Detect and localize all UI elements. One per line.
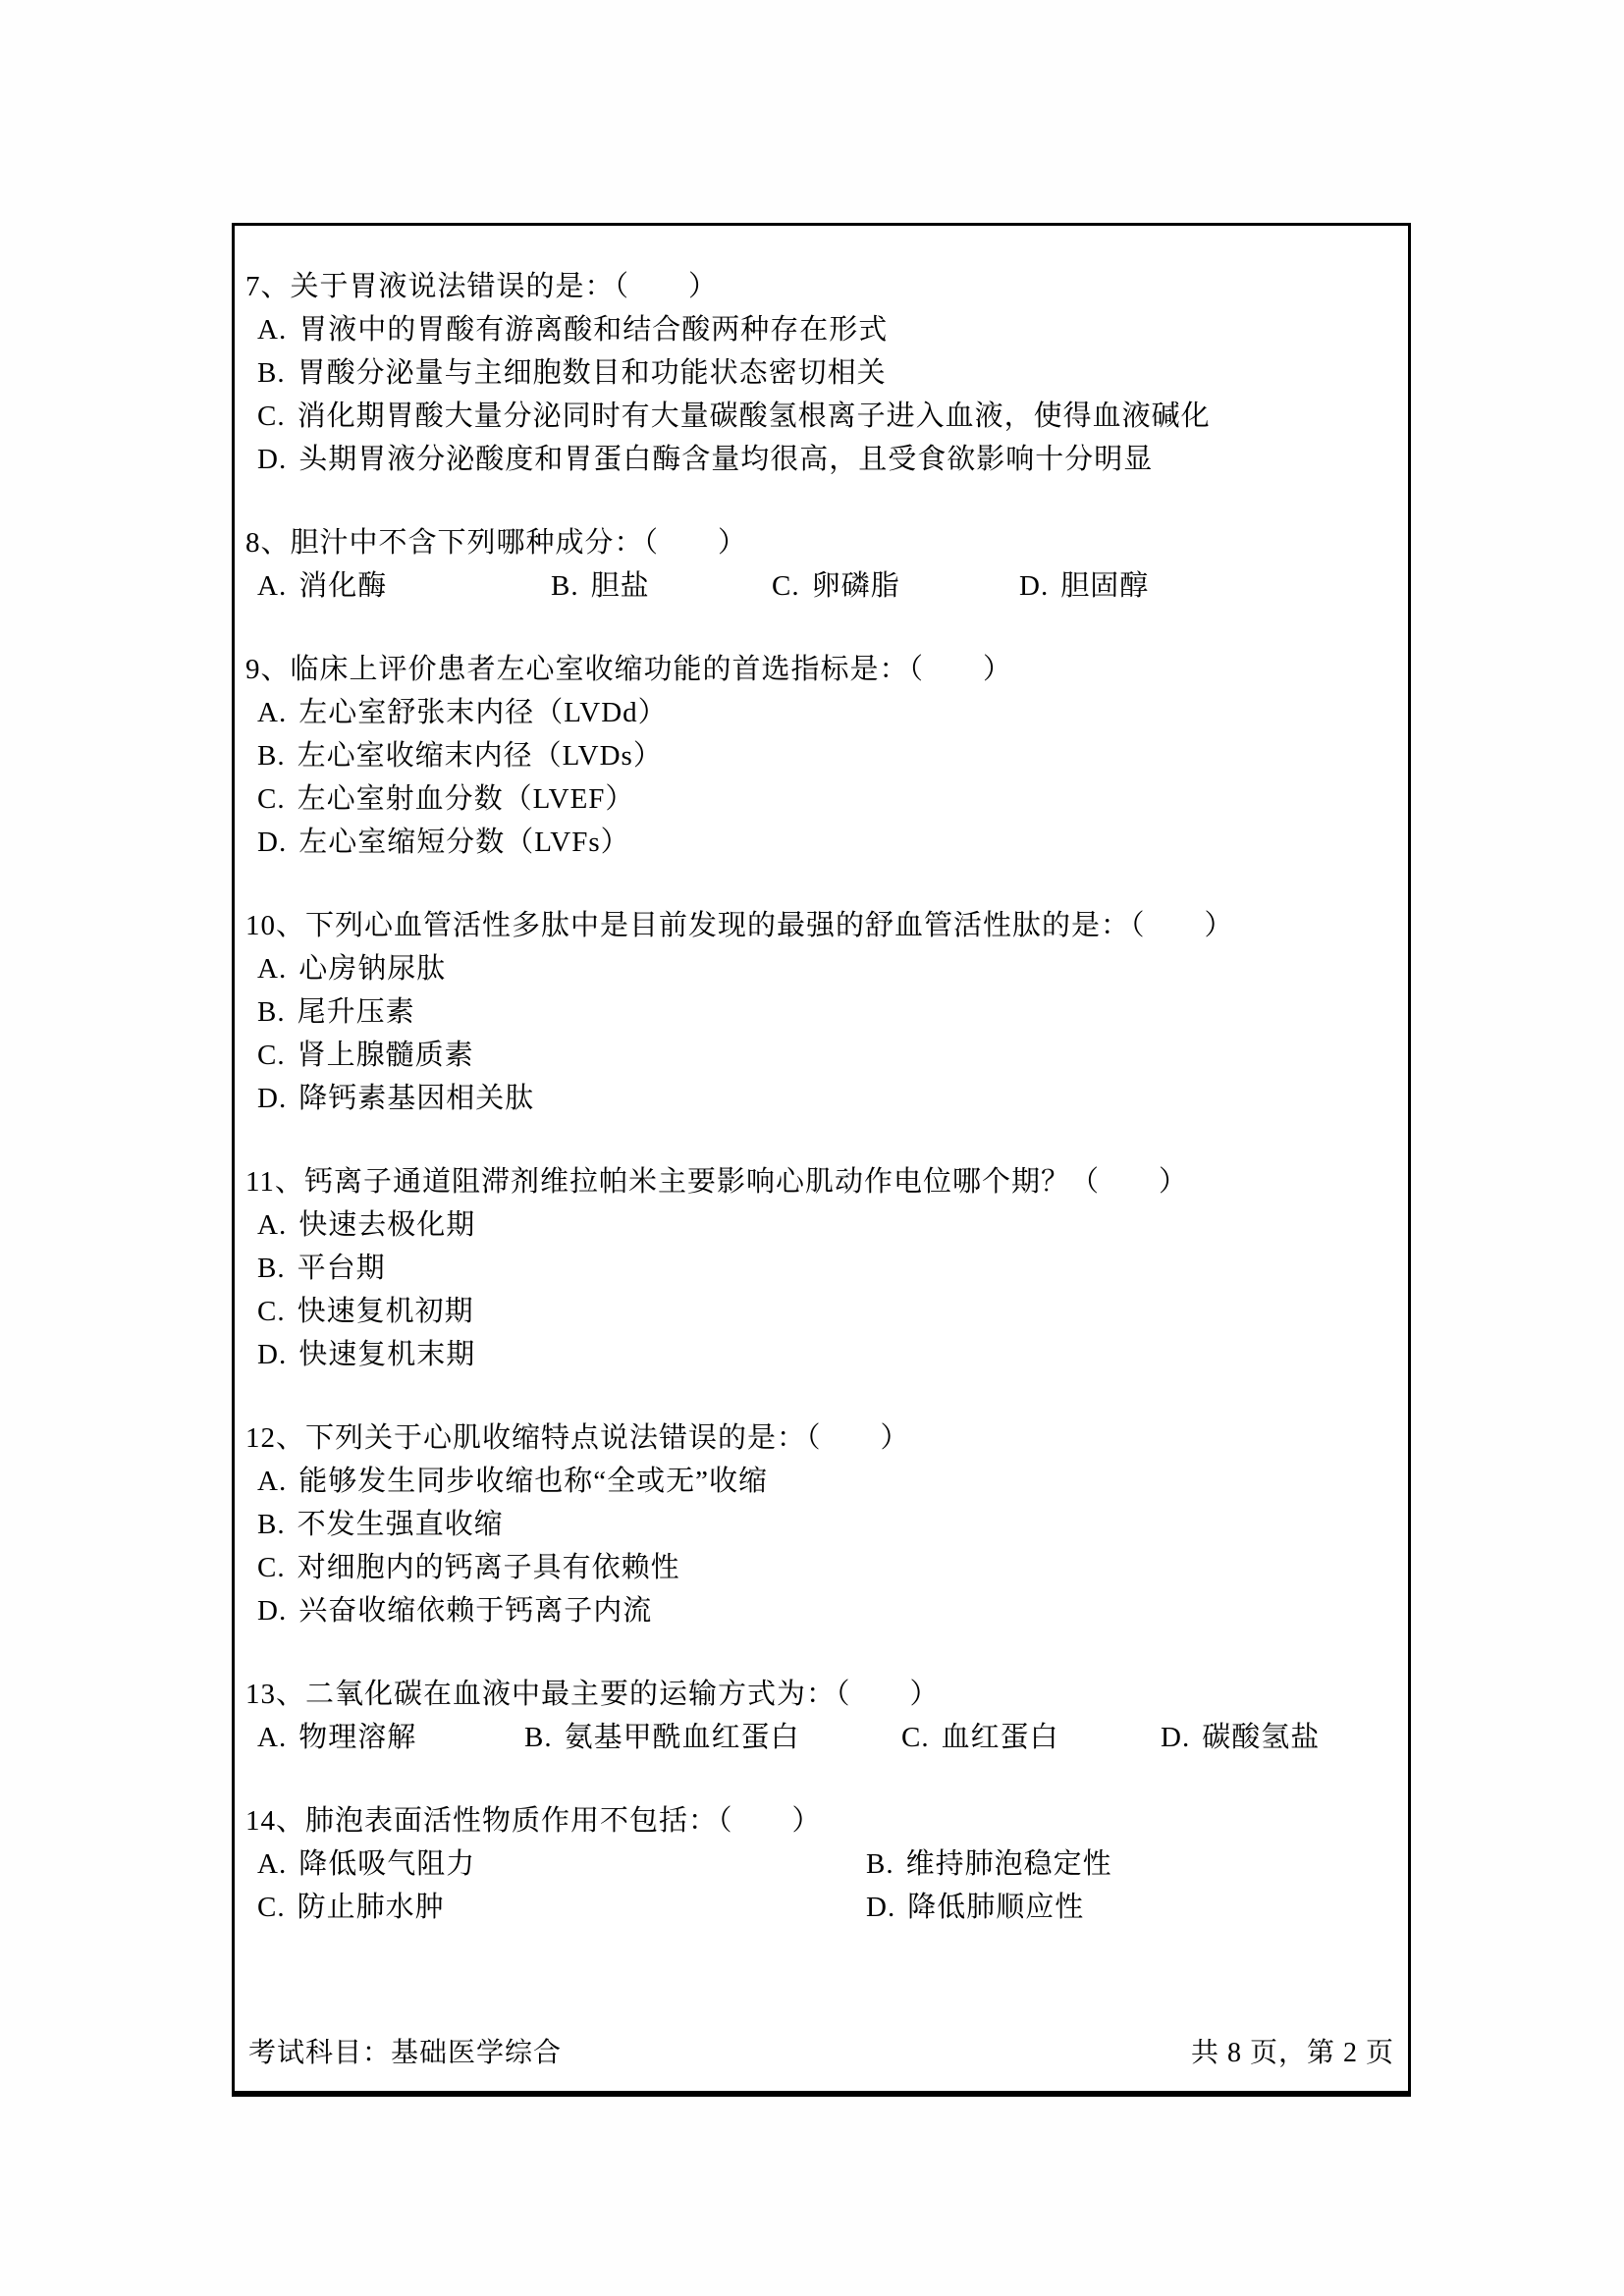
option-text: 胃液中的胃酸有游离酸和结合酸两种存在形式 xyxy=(298,314,888,346)
option-d: D.头期胃液分泌酸度和胃蛋白酶含量均很高，且受食欲影响十分明显 xyxy=(245,438,1398,481)
page-number-info: 共 8 页，第 2 页 xyxy=(1191,2036,1394,2071)
option-a: A.降低吸气阻力 xyxy=(245,1842,854,1886)
options-list: A.心房钠尿肽 B.尾升压素 C.肾上腺髓质素 D.降钙素基因相关肽 xyxy=(245,947,1398,1120)
option-d: D.快速复机末期 xyxy=(245,1333,1398,1376)
option-text: 左心室射血分数（LVEF） xyxy=(298,783,635,815)
question-number: 10、 xyxy=(245,910,305,941)
question-number: 13、 xyxy=(245,1679,305,1710)
option-b: B.胆盐 xyxy=(551,564,768,608)
question-number: 8、 xyxy=(245,527,291,559)
option-c: C.快速复机初期 xyxy=(245,1290,1398,1333)
options-list: A.快速去极化期 B.平台期 C.快速复机初期 D.快速复机末期 xyxy=(245,1203,1398,1376)
option-b: B.维持肺泡稳定性 xyxy=(854,1842,1398,1886)
option-label: C. xyxy=(257,1892,286,1923)
option-c: C.消化期胃酸大量分泌同时有大量碳酸氢根离子进入血液，使得血液碱化 xyxy=(245,395,1398,438)
option-label: C. xyxy=(257,1296,286,1327)
option-text: 头期胃液分泌酸度和胃蛋白酶含量均很高，且受食欲影响十分明显 xyxy=(298,444,1153,475)
option-label: B. xyxy=(866,1848,894,1880)
option-text: 平台期 xyxy=(298,1253,386,1284)
question-stem: 7、关于胃液说法错误的是：（ ） xyxy=(245,265,1398,308)
option-b: B.胃酸分泌量与主细胞数目和功能状态密切相关 xyxy=(245,351,1398,395)
question-14: 14、肺泡表面活性物质作用不包括：（ ） A.降低吸气阻力 B.维持肺泡稳定性 … xyxy=(245,1799,1398,1929)
option-c: C.肾上腺髓质素 xyxy=(245,1034,1398,1077)
option-label: D. xyxy=(257,827,287,858)
option-text: 碳酸氢盐 xyxy=(1202,1722,1320,1753)
option-text: 氨基甲酰血红蛋白 xyxy=(565,1722,800,1753)
exam-page: 7、关于胃液说法错误的是：（ ） A.胃液中的胃酸有游离酸和结合酸两种存在形式 … xyxy=(0,0,1624,2296)
option-label: D. xyxy=(257,1339,287,1370)
options-list: A.消化酶 B.胆盐 C.卵磷脂 D.胆固醇 xyxy=(245,564,1398,608)
option-label: A. xyxy=(257,1209,287,1241)
question-number: 9、 xyxy=(245,654,291,685)
option-text: 快速复机末期 xyxy=(298,1339,475,1370)
option-text: 能够发生同步收缩也称“全或无”收缩 xyxy=(298,1466,768,1497)
page-border-frame: 7、关于胃液说法错误的是：（ ） A.胃液中的胃酸有游离酸和结合酸两种存在形式 … xyxy=(232,223,1411,2097)
option-c: C.左心室射血分数（LVEF） xyxy=(245,777,1398,821)
option-label: A. xyxy=(257,697,287,728)
option-b: B.不发生强直收缩 xyxy=(245,1503,1398,1546)
question-stem-text: 关于胃液说法错误的是：（ ） xyxy=(291,271,719,302)
option-text: 左心室缩短分数（LVFs） xyxy=(298,827,629,858)
questions-area: 7、关于胃液说法错误的是：（ ） A.胃液中的胃酸有游离酸和结合酸两种存在形式 … xyxy=(245,226,1398,1929)
option-label: B. xyxy=(257,1509,286,1540)
question-stem-text: 钙离子通道阻滞剂维拉帕米主要影响心肌动作电位哪个期？（ ） xyxy=(304,1166,1188,1198)
options-list: A.降低吸气阻力 B.维持肺泡稳定性 C.防止肺水肿 D.降低肺顺应性 xyxy=(245,1842,1398,1929)
option-text: 降钙素基因相关肽 xyxy=(298,1083,534,1114)
option-label: A. xyxy=(257,1466,287,1497)
option-text: 胆固醇 xyxy=(1060,570,1149,602)
question-stem-text: 下列关于心肌收缩特点说法错误的是：（ ） xyxy=(305,1422,910,1454)
option-label: D. xyxy=(1019,570,1049,602)
question-stem: 8、胆汁中不含下列哪种成分：（ ） xyxy=(245,521,1398,564)
option-text: 左心室收缩末内径（LVDs） xyxy=(298,740,663,772)
question-10: 10、下列心血管活性多肽中是目前发现的最强的舒血管活性肽的是：（ ） A.心房钠… xyxy=(245,904,1398,1120)
option-text: 肾上腺髓质素 xyxy=(298,1040,474,1071)
option-b: B.尾升压素 xyxy=(245,990,1398,1034)
exam-subject-label: 考试科目：基础医学综合 xyxy=(248,2036,562,2071)
option-label: B. xyxy=(257,1253,286,1284)
option-label: B. xyxy=(257,996,286,1028)
question-13: 13、二氧化碳在血液中最主要的运输方式为：（ ） A.物理溶解 B.氨基甲酰血红… xyxy=(245,1673,1398,1759)
question-stem-text: 肺泡表面活性物质作用不包括：（ ） xyxy=(305,1805,822,1837)
option-a: A.左心室舒张末内径（LVDd） xyxy=(245,691,1398,734)
option-label: B. xyxy=(257,740,286,772)
option-d: D.降低肺顺应性 xyxy=(854,1886,1398,1929)
question-12: 12、下列关于心肌收缩特点说法错误的是：（ ） A.能够发生同步收缩也称“全或无… xyxy=(245,1416,1398,1632)
question-11: 11、钙离子通道阻滞剂维拉帕米主要影响心肌动作电位哪个期？（ ） A.快速去极化… xyxy=(245,1160,1398,1376)
option-label: D. xyxy=(1161,1722,1190,1753)
option-label: C. xyxy=(257,783,286,815)
option-text: 降低吸气阻力 xyxy=(298,1848,475,1880)
question-stem-text: 下列心血管活性多肽中是目前发现的最强的舒血管活性肽的是：（ ） xyxy=(305,910,1234,941)
question-8: 8、胆汁中不含下列哪种成分：（ ） A.消化酶 B.胆盐 C.卵磷脂 D.胆固醇 xyxy=(245,521,1398,608)
option-label: C. xyxy=(257,1040,286,1071)
option-label: C. xyxy=(257,400,286,432)
option-text: 快速复机初期 xyxy=(298,1296,474,1327)
question-stem: 11、钙离子通道阻滞剂维拉帕米主要影响心肌动作电位哪个期？（ ） xyxy=(245,1160,1398,1203)
option-text: 兴奋收缩依赖于钙离子内流 xyxy=(298,1595,652,1627)
option-b: B.氨基甲酰血红蛋白 xyxy=(524,1716,897,1759)
option-text: 不发生强直收缩 xyxy=(298,1509,504,1540)
option-text: 卵磷脂 xyxy=(812,570,900,602)
question-stem-text: 胆汁中不含下列哪种成分：（ ） xyxy=(291,527,748,559)
option-text: 物理溶解 xyxy=(298,1722,416,1753)
option-text: 血红蛋白 xyxy=(942,1722,1059,1753)
option-a: A.胃液中的胃酸有游离酸和结合酸两种存在形式 xyxy=(245,308,1398,351)
options-list: A.左心室舒张末内径（LVDd） B.左心室收缩末内径（LVDs） C.左心室射… xyxy=(245,691,1398,864)
question-stem: 9、临床上评价患者左心室收缩功能的首选指标是：（ ） xyxy=(245,648,1398,691)
option-d: D.兴奋收缩依赖于钙离子内流 xyxy=(245,1589,1398,1632)
option-text: 维持肺泡稳定性 xyxy=(906,1848,1112,1880)
question-stem: 14、肺泡表面活性物质作用不包括：（ ） xyxy=(245,1799,1398,1842)
option-label: A. xyxy=(257,1722,287,1753)
option-label: A. xyxy=(257,953,287,985)
option-b: B.平台期 xyxy=(245,1247,1398,1290)
option-text: 对细胞内的钙离子具有依赖性 xyxy=(298,1552,680,1583)
option-label: D. xyxy=(257,1083,287,1114)
question-stem: 10、下列心血管活性多肽中是目前发现的最强的舒血管活性肽的是：（ ） xyxy=(245,904,1398,947)
option-d: D.碳酸氢盐 xyxy=(1161,1716,1320,1759)
option-text: 左心室舒张末内径（LVDd） xyxy=(298,697,667,728)
option-d: D.降钙素基因相关肽 xyxy=(245,1077,1398,1120)
option-label: A. xyxy=(257,570,287,602)
question-7: 7、关于胃液说法错误的是：（ ） A.胃液中的胃酸有游离酸和结合酸两种存在形式 … xyxy=(245,265,1398,481)
option-text: 尾升压素 xyxy=(298,996,415,1028)
question-number: 12、 xyxy=(245,1422,305,1454)
question-stem-text: 临床上评价患者左心室收缩功能的首选指标是：（ ） xyxy=(291,654,1013,685)
option-text: 消化酶 xyxy=(298,570,387,602)
option-a: A.快速去极化期 xyxy=(245,1203,1398,1247)
option-label: D. xyxy=(257,1595,287,1627)
option-b: B.左心室收缩末内径（LVDs） xyxy=(245,734,1398,777)
option-c: C.对细胞内的钙离子具有依赖性 xyxy=(245,1546,1398,1589)
option-a: A.能够发生同步收缩也称“全或无”收缩 xyxy=(245,1460,1398,1503)
option-a: A.心房钠尿肽 xyxy=(245,947,1398,990)
option-label: C. xyxy=(901,1722,930,1753)
option-c: C.防止肺水肿 xyxy=(245,1886,854,1929)
option-text: 胆盐 xyxy=(591,570,650,602)
option-text: 防止肺水肿 xyxy=(298,1892,445,1923)
option-label: C. xyxy=(257,1552,286,1583)
option-text: 快速去极化期 xyxy=(298,1209,475,1241)
option-text: 胃酸分泌量与主细胞数目和功能状态密切相关 xyxy=(298,357,887,389)
option-a: A.物理溶解 xyxy=(257,1716,520,1759)
question-stem: 13、二氧化碳在血液中最主要的运输方式为：（ ） xyxy=(245,1673,1398,1716)
options-list: A.物理溶解 B.氨基甲酰血红蛋白 C.血红蛋白 D.碳酸氢盐 xyxy=(245,1716,1398,1759)
option-c: C.卵磷脂 xyxy=(772,564,1015,608)
option-label: A. xyxy=(257,314,287,346)
option-label: D. xyxy=(866,1892,895,1923)
option-c: C.血红蛋白 xyxy=(901,1716,1157,1759)
question-number: 11、 xyxy=(245,1166,304,1198)
options-list: A.能够发生同步收缩也称“全或无”收缩 B.不发生强直收缩 C.对细胞内的钙离子… xyxy=(245,1460,1398,1632)
question-stem-text: 二氧化碳在血液中最主要的运输方式为：（ ） xyxy=(305,1679,940,1710)
option-label: A. xyxy=(257,1848,287,1880)
option-text: 消化期胃酸大量分泌同时有大量碳酸氢根离子进入血液，使得血液碱化 xyxy=(298,400,1211,432)
option-d: D.胆固醇 xyxy=(1019,564,1149,608)
option-label: C. xyxy=(772,570,800,602)
question-number: 7、 xyxy=(245,271,291,302)
option-text: 心房钠尿肽 xyxy=(298,953,446,985)
option-d: D.左心室缩短分数（LVFs） xyxy=(245,821,1398,864)
options-list: A.胃液中的胃酸有游离酸和结合酸两种存在形式 B.胃酸分泌量与主细胞数目和功能状… xyxy=(245,308,1398,481)
option-text: 降低肺顺应性 xyxy=(907,1892,1084,1923)
option-label: D. xyxy=(257,444,287,475)
option-a: A.消化酶 xyxy=(257,564,547,608)
question-number: 14、 xyxy=(245,1805,305,1837)
question-9: 9、临床上评价患者左心室收缩功能的首选指标是：（ ） A.左心室舒张末内径（LV… xyxy=(245,648,1398,864)
option-label: B. xyxy=(551,570,579,602)
question-stem: 12、下列关于心肌收缩特点说法错误的是：（ ） xyxy=(245,1416,1398,1460)
page-footer: 考试科目：基础医学综合 共 8 页，第 2 页 xyxy=(248,2036,1394,2071)
option-label: B. xyxy=(257,357,286,389)
option-label: B. xyxy=(524,1722,553,1753)
